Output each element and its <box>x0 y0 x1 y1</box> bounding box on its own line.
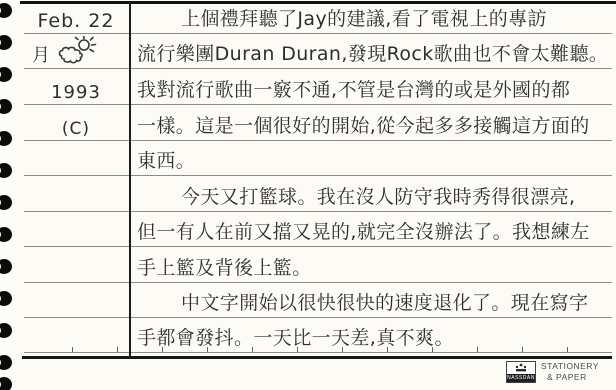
brand-crest-icon <box>507 362 535 374</box>
binding-hole <box>0 163 12 178</box>
binding-hole <box>0 195 12 210</box>
binding-hole <box>0 291 12 306</box>
binding-hole <box>0 99 12 114</box>
entry-mark: (C) <box>24 109 128 139</box>
journal-line: 我對流行歌曲一竅不通,不管是台灣的或是外國的都 <box>137 73 613 103</box>
journal-line: 上個禮拜聽了Jay的建議,看了電視上的專訪 <box>137 2 616 32</box>
rule-line <box>24 104 612 105</box>
brand-text: STATIONERY & PAPER <box>541 361 599 383</box>
rule-line <box>24 33 612 34</box>
binding-hole <box>0 131 12 146</box>
binding-hole <box>0 355 12 370</box>
binding-hole <box>0 227 12 242</box>
rule-line <box>24 246 612 247</box>
binding-hole <box>0 377 12 390</box>
rule-line <box>24 68 612 69</box>
rule-line <box>24 211 612 212</box>
weather-sun-behind-cloud-icon <box>57 36 99 67</box>
weekday-label: 月 <box>32 41 51 67</box>
rule-line <box>24 352 612 353</box>
rule-line <box>24 175 612 176</box>
binding-hole <box>0 3 12 18</box>
journal-line: 中文字開始以很快很快的速度退化了。現在寫字 <box>137 286 616 316</box>
journal-line: 一樣。這是一個很好的開始,從今起多多接觸這方面的 <box>137 109 613 139</box>
journal-line: 手上籃及背後上籃。 <box>137 251 613 281</box>
rule-line <box>24 140 612 141</box>
journal-line: 流行樂團Duran Duran,發現Rock歌曲也不會太難聽。 <box>137 37 613 67</box>
journal-line: 東西。 <box>137 144 613 174</box>
binding-hole <box>0 35 12 50</box>
rule-line <box>24 282 612 283</box>
binding-hole <box>0 323 12 338</box>
brand-text-line2: & PAPER <box>541 372 599 383</box>
brand-logo-box: NASSDAN <box>506 361 536 383</box>
journal-line: 手都會發抖。一天比一天差,真不爽。 <box>137 321 613 351</box>
stationery-brand: NASSDAN STATIONERY & PAPER <box>506 361 599 383</box>
entry-year: 1993 <box>24 73 128 103</box>
entry-weekday-row: 月 <box>24 37 136 67</box>
binding-hole <box>0 67 12 82</box>
entry-date: Feb. 22 <box>24 2 128 32</box>
binding-hole <box>0 259 12 274</box>
journal-line: 今天又打籃球。我在沒人防守我時秀得很漂亮, <box>137 180 616 210</box>
page-bottom-border <box>22 356 612 359</box>
brand-name-band: NASSDAN <box>507 374 535 382</box>
brand-text-line1: STATIONERY <box>541 361 599 372</box>
journal-page: Feb. 22 月 1993 (C) 上個禮拜聽了Jay的建議,看了電視上的專訪… <box>0 0 616 390</box>
rule-line <box>24 317 612 318</box>
journal-line: 但一有人在前又擋又晃的,就完全沒辦法了。我想練左 <box>137 215 613 245</box>
